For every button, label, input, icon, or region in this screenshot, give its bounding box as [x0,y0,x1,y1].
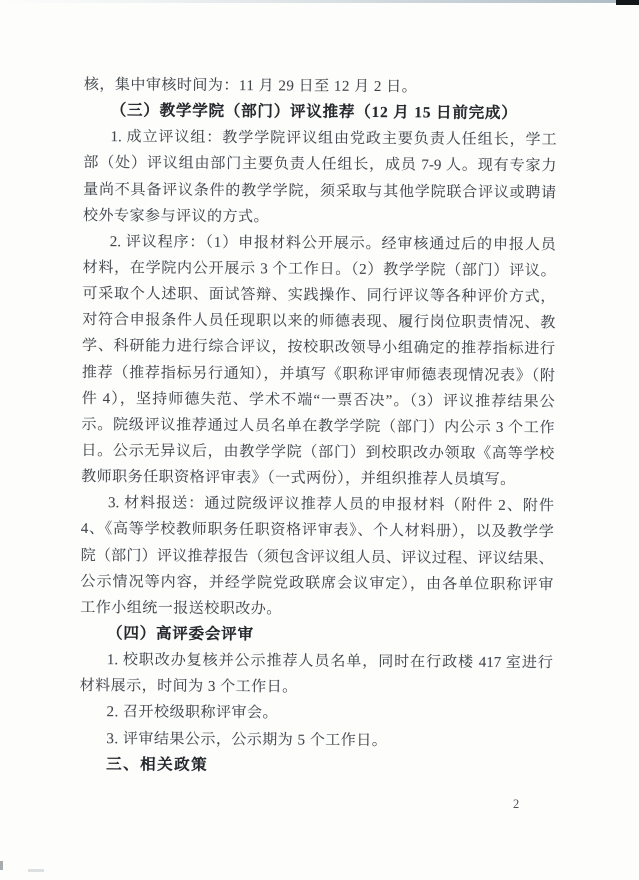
text-line: 示。院级评议推荐通过人员名单在教学学院（部门）内公示 3 个工作 [81,412,554,441]
text-line: 材料展示，时间为 3 个工作日。 [80,673,553,702]
text-line: 1. 成立评议组：教学学院评议组由党政主要负责人任组长，学工 [83,124,556,153]
text-line: 院（部门）评议推荐报告（须包含评议组人员、评议过程、评议结果、 [81,543,554,572]
document-body: 核，集中审核时间为：11 月 29 日至 12 月 2 日。 （三）教学学院（部… [79,72,557,781]
text-line: 材料，在学院内公开展示 3 个工作日。（2）教学学院（部门）评议。 [83,255,556,284]
scan-top-edge-shadow [0,0,639,3]
scan-corner-mark [616,0,639,5]
text-line: 学、科研能力进行综合评议，按校职改领导小组确定的推荐指标进行 [82,333,555,362]
text-line: 校外专家参与评议的方式。 [83,203,556,232]
text-line: 公示情况等内容，并经学院党政联席会议审定），由各单位职称评审 [80,569,553,598]
text-line: 4、《高等学校教师职务任职资格评审表》、个人材料册），以及教学学 [81,516,554,545]
text-line: 日。公示无异议后，由教学学院（部门）到校职改办领取《高等学校 [81,438,554,467]
text-line: 推荐（推荐指标另行通知），并填写《职称评审师德表现情况表》（附 [82,360,555,389]
text-line: 部（处）评议组由部门主要负责人任组长，成员 7-9 人。现有专家力 [83,150,556,179]
text-line: 2. 评议程序：（1）申报材料公开展示。经审核通过后的申报人员 [83,229,556,258]
text-line: 对符合申报条件人员任现职以来的师德表现、履行岗位职责情况、教 [82,307,555,336]
text-line: 3. 材料报送：通过院级评议推荐人员的申报材料（附件 2、附件 [81,490,554,519]
text-line: 件 4），坚持师德失范、学术不端“一票否决”。（3）评议推荐结果公 [82,386,555,415]
section-heading-4: （四）高评委会评审 [80,621,553,650]
text-line: 教师职务任职资格评审表》（一式两份），并组织推荐人员填写。 [81,464,554,493]
section-heading-3: （三）教学学院（部门）评议推荐（12 月 15 日前完成） [84,98,557,127]
text-line: 核，集中审核时间为：11 月 29 日至 12 月 2 日。 [84,72,557,101]
document-page: 核，集中审核时间为：11 月 29 日至 12 月 2 日。 （三）教学学院（部… [0,0,639,880]
text-line: 可采取个人述职、面试答辩、实践操作、同行评议等各种评价方式， [82,281,555,310]
text-line: 2. 召开校级职称评审会。 [79,699,552,728]
text-line: 工作小组统一报送校职改办。 [80,595,553,624]
section-heading-related-policies: 三、相关政策 [79,752,552,781]
text-line: 3. 评审结果公示，公示期为 5 个工作日。 [79,725,552,754]
scan-speck [0,861,3,870]
text-line: 1. 校职改办复核并公示推荐人员名单，同时在行政楼 417 室进行 [80,647,553,676]
page-number: 2 [513,796,519,812]
text-line: 量尚不具备评议条件的教学学院，须采取与其他学院联合评议或聘请 [83,177,556,206]
scan-speck [28,869,44,872]
